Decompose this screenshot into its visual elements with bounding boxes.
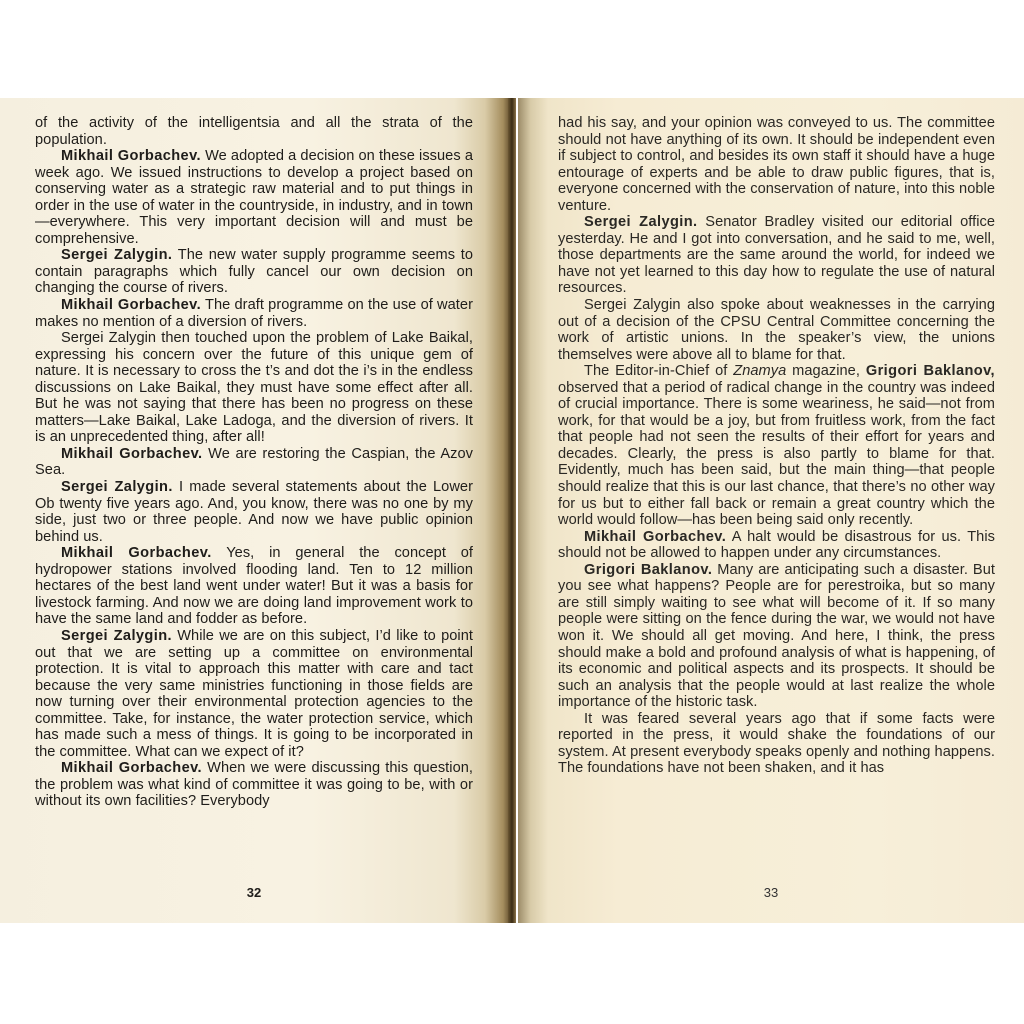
paragraph: Mikhail Gorbachev. We are restoring the …: [35, 446, 473, 479]
paragraph: had his say, and your opinion was convey…: [558, 115, 995, 214]
paragraph: Sergei Zalygin. Senator Bradley visited …: [558, 214, 995, 297]
paragraph: Sergei Zalygin also spoke about weakness…: [558, 297, 995, 363]
paragraph: of the activity of the intelligentsia an…: [35, 115, 473, 148]
page-number: 33: [751, 885, 791, 900]
left-page-text: of the activity of the intelligentsia an…: [35, 115, 473, 810]
paragraph: Sergei Zalygin. While we are on this sub…: [35, 628, 473, 760]
speaker-name: Mikhail Gorbachev.: [61, 297, 201, 313]
speaker-name: Grigori Baklanov,: [866, 363, 995, 379]
speaker-name: Mikhail Gorbachev.: [61, 760, 202, 776]
speaker-name: Sergei Zalygin.: [61, 628, 172, 644]
paragraph: It was feared several years ago that if …: [558, 711, 995, 777]
speaker-name: Sergei Zalygin.: [61, 247, 172, 263]
paragraph: Sergei Zalygin then touched upon the pro…: [35, 330, 473, 446]
paragraph: Mikhail Gorbachev. When we were discussi…: [35, 760, 473, 810]
magazine-title: Znamya: [733, 363, 786, 379]
left-page: of the activity of the intelligentsia an…: [0, 98, 516, 923]
paragraph: Mikhail Gorbachev. We adopted a decision…: [35, 148, 473, 247]
speaker-name: Sergei Zalygin.: [61, 479, 173, 495]
speaker-name: Mikhail Gorbachev.: [61, 148, 201, 164]
paragraph: The Editor-in-Chief of Znamya magazine, …: [558, 363, 995, 528]
speaker-name: Mikhail Gorbachev.: [584, 529, 726, 545]
paragraph: Grigori Baklanov. Many are anticipating …: [558, 562, 995, 711]
right-page-text: had his say, and your opinion was convey…: [558, 115, 995, 777]
speaker-name: Mikhail Gorbachev.: [61, 545, 212, 561]
speaker-name: Mikhail Gorbachev.: [61, 446, 202, 462]
paragraph: Sergei Zalygin. I made several statement…: [35, 479, 473, 545]
speaker-name: Sergei Zalygin.: [584, 214, 698, 230]
paragraph: Sergei Zalygin. The new water supply pro…: [35, 247, 473, 297]
paragraph: Mikhail Gorbachev. The draft programme o…: [35, 297, 473, 330]
right-page: had his say, and your opinion was convey…: [518, 98, 1024, 923]
page-number: 32: [234, 885, 274, 900]
paragraph: Mikhail Gorbachev. A halt would be disas…: [558, 529, 995, 562]
paragraph: Mikhail Gorbachev. Yes, in general the c…: [35, 545, 473, 628]
speaker-name: Grigori Baklanov.: [584, 562, 712, 578]
book-spine: [508, 98, 516, 923]
